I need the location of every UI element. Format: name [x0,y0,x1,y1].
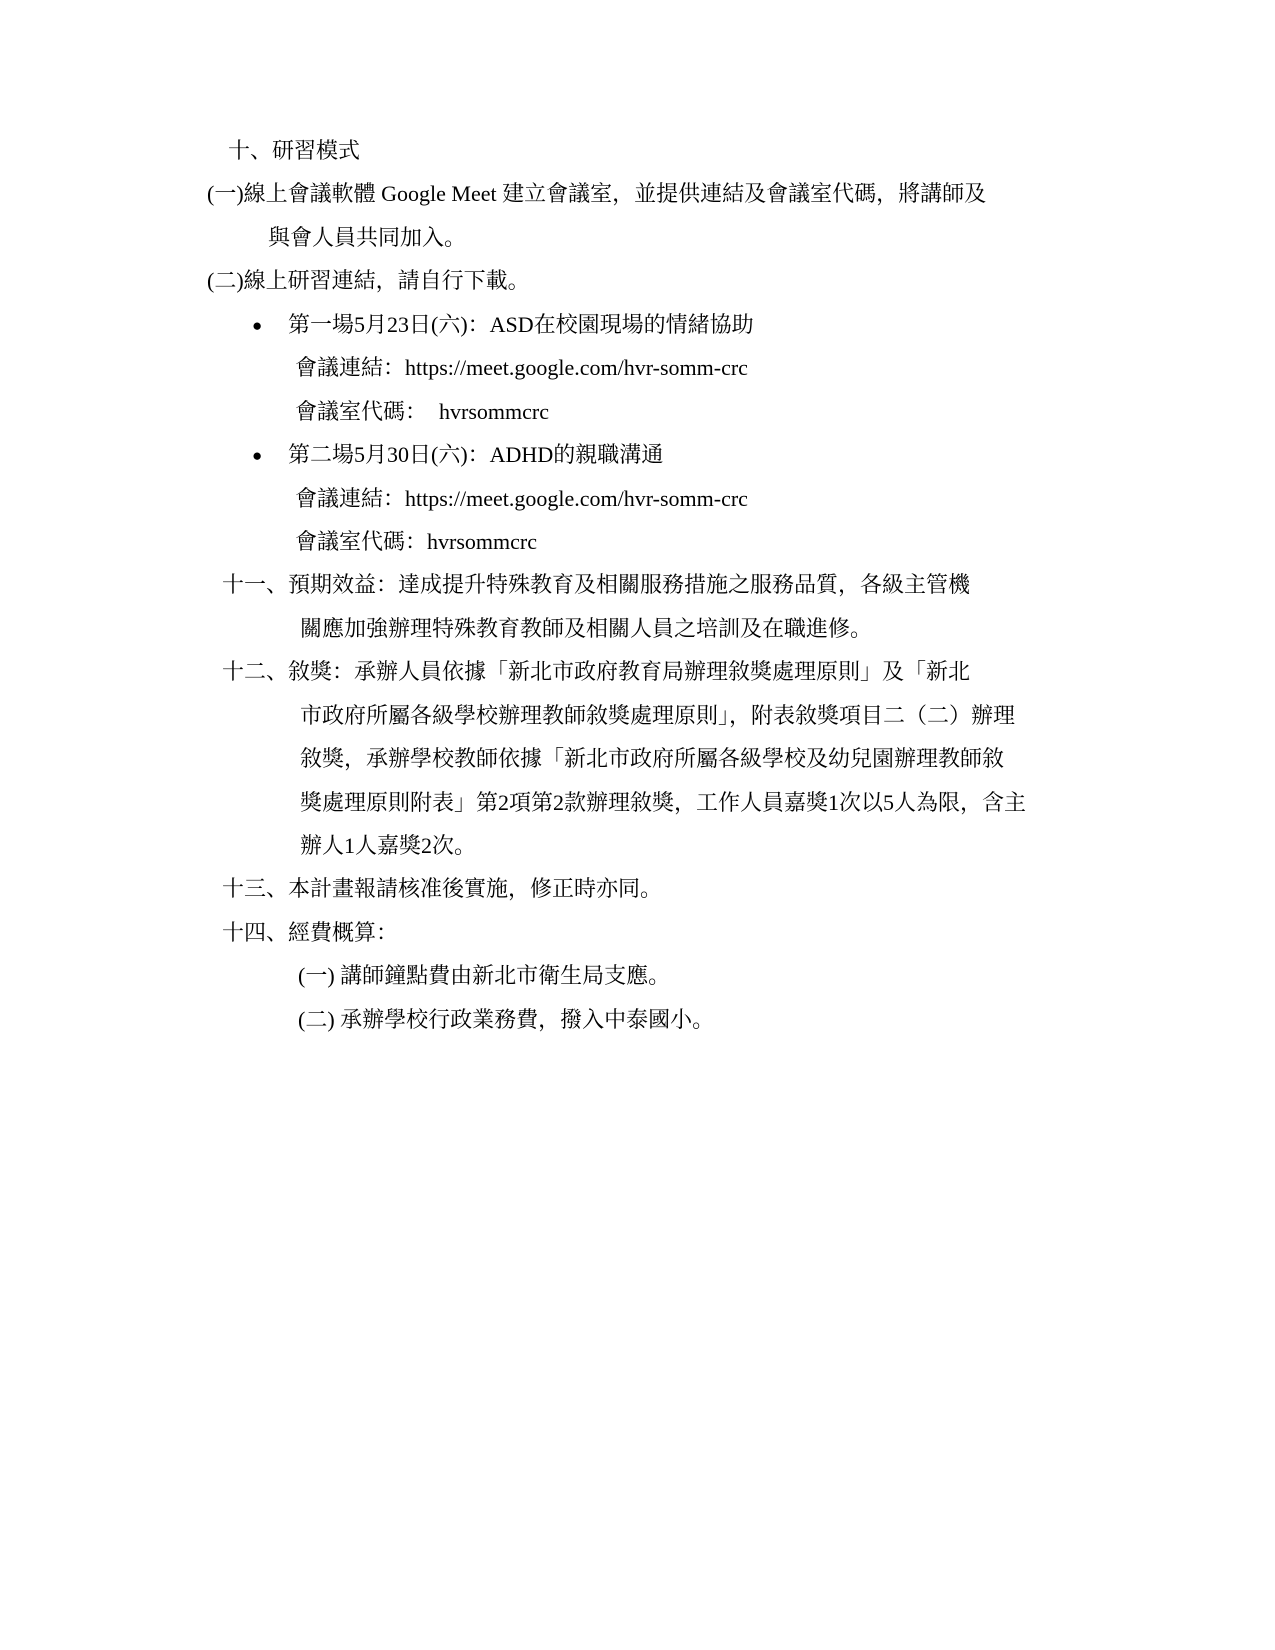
meeting-link-url: https://meet.google.com/hvr-somm-crc [405,486,748,511]
section-14-item-2: (二) 承辦學校行政業務費，撥入中泰國小。 [298,998,1275,1041]
section-14-heading: 十四、經費概算： [222,911,1275,954]
session-1-row: ●第一場5月23日(六)：ASD在校園現場的情緒協助 [252,303,1275,346]
session-2-row: ●第二場5月30日(六)：ADHD的親職溝通 [252,433,1275,476]
session-1-title: 第一場5月23日(六)：ASD在校園現場的情緒協助 [288,312,754,337]
section-12-line-4: 獎處理原則附表」第2項第2款辦理敘獎，工作人員嘉獎1次以5人為限，含主 [300,781,1275,824]
session-2-title: 第二場5月30日(六)：ADHD的親職溝通 [288,442,663,467]
meeting-link-url: https://meet.google.com/hvr-somm-crc [405,355,748,380]
meeting-link-label: 會議連結： [295,486,405,511]
document-page: 十、研習模式 (一)線上會議軟體 Google Meet 建立會議室，並提供連結… [0,0,1275,1650]
meeting-code-label: 會議室代碼： [295,529,427,554]
meeting-code-label: 會議室代碼： [295,399,427,424]
bullet-icon: ● [252,304,288,347]
section-12-line-2: 市政府所屬各級學校辦理教師敘獎處理原則」，附表敘獎項目二（二）辦理 [300,694,1275,737]
section-12-line-1: 十二、敘獎：承辦人員依據「新北市政府教育局辦理敘獎處理原則」及「新北 [222,650,1275,693]
section-10-heading: 十、研習模式 [228,129,1275,172]
section-10-item-1-line-2: 與會人員共同加入。 [268,216,1275,259]
session-1-code-row: 會議室代碼：hvrsommcrc [295,390,1275,433]
session-1-link-row: 會議連結：https://meet.google.com/hvr-somm-cr… [295,346,1275,389]
meeting-link-label: 會議連結： [295,355,405,380]
section-12-line-5: 辦人1人嘉獎2次。 [300,824,1275,867]
section-10-item-1-line-1: (一)線上會議軟體 Google Meet 建立會議室，並提供連結及會議室代碼，… [207,172,1275,215]
section-14-item-1: (一) 講師鐘點費由新北市衛生局支應。 [298,954,1275,997]
section-10-item-2: (二)線上研習連結，請自行下載。 [207,259,1275,302]
session-2-link-row: 會議連結：https://meet.google.com/hvr-somm-cr… [295,477,1275,520]
section-12-line-3: 敘獎，承辦學校教師依據「新北市政府所屬各級學校及幼兒園辦理教師敘 [300,737,1275,780]
session-2-code-row: 會議室代碼：hvrsommcrc [295,520,1275,563]
section-11-line-2: 關應加強辦理特殊教育教師及相關人員之培訓及在職進修。 [300,607,1275,650]
bullet-icon: ● [252,434,288,477]
meeting-code-value: hvrsommcrc [427,529,537,554]
section-13-line-1: 十三、本計畫報請核准後實施，修正時亦同。 [222,867,1275,910]
section-11-line-1: 十一、預期效益：達成提升特殊教育及相關服務措施之服務品質，各級主管機 [222,563,1275,606]
meeting-code-value: hvrsommcrc [439,399,549,424]
